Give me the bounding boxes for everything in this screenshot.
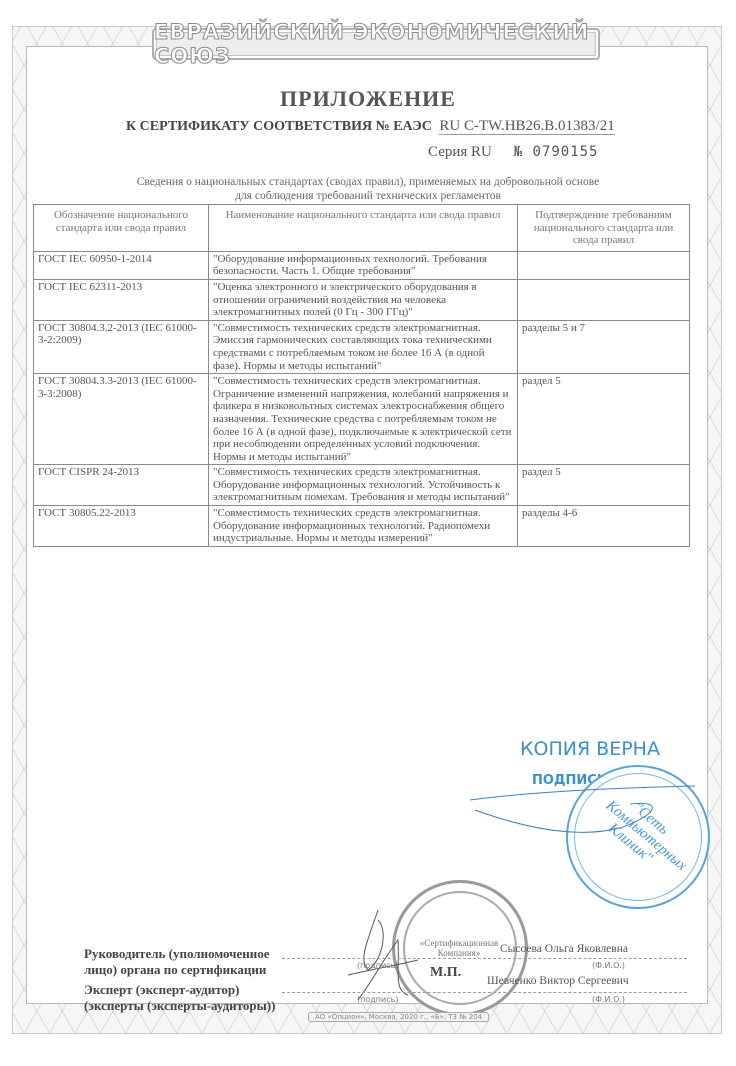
intro-line-1: Сведения о национальных стандартах (свод…	[0, 175, 736, 189]
expert-signature-caption: (подпись)	[357, 995, 398, 1004]
cell-confirmation: раздел 5	[518, 374, 690, 465]
head-label-line-2: лицо) органа по сертификации	[84, 962, 270, 978]
head-fio-caption: (Ф.И.О.)	[592, 961, 625, 970]
head-label: Руководитель (уполномоченное лицо) орган…	[84, 946, 270, 978]
cell-confirmation: разделы 5 и 7	[518, 320, 690, 373]
cell-name: "Совместимость технических средств элект…	[209, 506, 518, 547]
head-signature-line	[282, 958, 687, 959]
table-row: ГОСТ 30804.3.3-2013 (IEC 61000-3-3:2008)…	[34, 374, 690, 465]
cell-confirmation: раздел 5	[518, 465, 690, 506]
copy-verified-stamp: КОПИЯ ВЕРНА	[520, 738, 660, 760]
cell-designation: ГОСТ 30804.3.2-2013 (IEC 61000-3-2:2009)	[34, 320, 209, 373]
cell-designation: ГОСТ IEC 62311-2013	[34, 279, 209, 320]
head-signature-caption: (подпись)	[357, 961, 398, 970]
intro-line-2: для соблюдения требований технических ре…	[0, 189, 736, 203]
certificate-label: К СЕРТИФИКАТУ СООТВЕТСТВИЯ № ЕАЭС	[126, 119, 432, 134]
union-banner: ЕВРАЗИЙСКИЙ ЭКОНОМИЧЕСКИЙ СОЮЗ	[152, 28, 600, 60]
head-name: Сысоева Ольга Яковлевна	[500, 943, 628, 955]
cell-name: "Совместимость технических средств элект…	[209, 374, 518, 465]
table-row: ГОСТ CISPR 24-2013 "Совместимость технич…	[34, 465, 690, 506]
cell-confirmation	[518, 279, 690, 320]
table-header-row: Обозначение национального стандарта или …	[34, 205, 690, 252]
expert-name: Шевченко Виктор Сергеевич	[487, 975, 629, 987]
cell-name: "Оценка электронного и электрического об…	[209, 279, 518, 320]
handwritten-signature-icon	[338, 900, 428, 1010]
certificate-reference: К СЕРТИФИКАТУ СООТВЕТСТВИЯ № ЕАЭС RU C-T…	[126, 118, 615, 135]
cell-designation: ГОСТ 30805.22-2013	[34, 506, 209, 547]
header-name: Наименование национального стандарта или…	[209, 205, 518, 252]
intro-text: Сведения о национальных стандартах (свод…	[0, 175, 736, 203]
table-row: ГОСТ IEC 60950-1-2014 "Оборудование инфо…	[34, 251, 690, 279]
blue-signature-icon	[470, 770, 700, 850]
table-row: ГОСТ 30805.22-2013 "Совместимость технич…	[34, 506, 690, 547]
cell-name: "Совместимость технических средств элект…	[209, 320, 518, 373]
certificate-number: RU C-TW.HB26.B.01383/21	[439, 118, 614, 135]
table-row: ГОСТ 30804.3.2-2013 (IEC 61000-3-2:2009)…	[34, 320, 690, 373]
print-info: АО «Опцион», Москва, 2020 г., «Б», Т3 № …	[308, 1012, 489, 1022]
seal-place-label: М.П.	[430, 965, 461, 981]
expert-signature-line	[282, 992, 687, 993]
cell-name: "Оборудование информационных технологий.…	[209, 251, 518, 279]
series-label: Серия RU	[428, 144, 492, 160]
page-title: ПРИЛОЖЕНИЕ	[0, 86, 736, 112]
expert-label-line-2: (эксперты (эксперты-аудиторы))	[84, 998, 275, 1014]
expert-label: Эксперт (эксперт-аудитор) (эксперты (экс…	[84, 982, 275, 1014]
expert-label-line-1: Эксперт (эксперт-аудитор)	[84, 982, 275, 998]
head-label-line-1: Руководитель (уполномоченное	[84, 946, 270, 962]
cell-designation: ГОСТ CISPR 24-2013	[34, 465, 209, 506]
cell-confirmation: разделы 4-6	[518, 506, 690, 547]
table-row: ГОСТ IEC 62311-2013 "Оценка электронного…	[34, 279, 690, 320]
series-number: № 0790155	[514, 144, 599, 160]
cell-designation: ГОСТ IEC 60950-1-2014	[34, 251, 209, 279]
series-reference: Серия RU № 0790155	[428, 144, 598, 161]
standards-table: Обозначение национального стандарта или …	[33, 204, 690, 547]
header-designation: Обозначение национального стандарта или …	[34, 205, 209, 252]
cell-designation: ГОСТ 30804.3.3-2013 (IEC 61000-3-3:2008)	[34, 374, 209, 465]
header-confirmation: Подтверждение требованиям национального …	[518, 205, 690, 252]
cell-confirmation	[518, 251, 690, 279]
expert-fio-caption: (Ф.И.О.)	[592, 995, 625, 1004]
cell-name: "Совместимость технических средств элект…	[209, 465, 518, 506]
